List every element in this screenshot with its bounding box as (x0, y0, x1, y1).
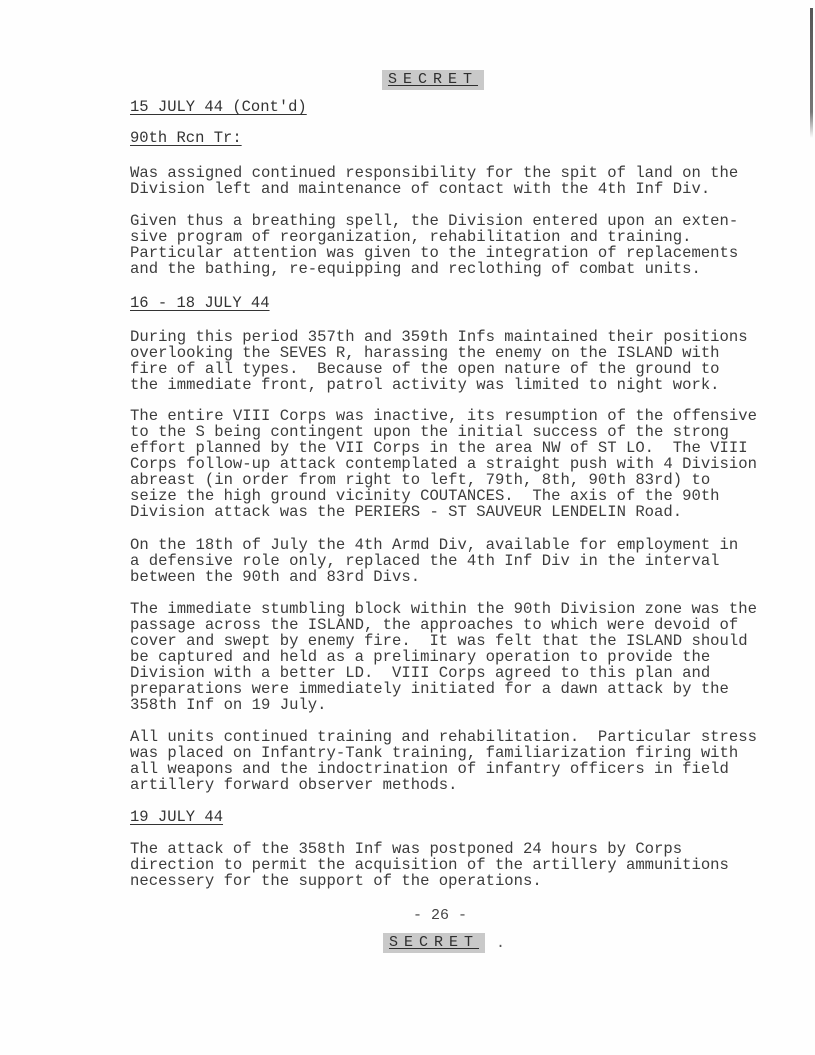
paragraph-attack-postponed: The attack of the 358th Inf was postpone… (130, 841, 780, 889)
section-heading-15-july: 15 JULY 44 (Cont'd) (130, 98, 307, 116)
classification-stamp-top: SECRET (382, 70, 484, 90)
paragraph-stumbling-block: The immediate stumbling block within the… (130, 601, 780, 713)
paragraph-viii-corps-inactive: The entire VIII Corps was inactive, its … (130, 408, 780, 520)
section-heading-19-july: 19 JULY 44 (130, 808, 223, 826)
subheading-90th-rcn-tr: 90th Rcn Tr: (130, 129, 242, 147)
paragraph-357th-359th-positions: During this period 357th and 359th Infs … (130, 329, 780, 393)
document-page: SECRET 15 JULY 44 (Cont'd) 90th Rcn Tr: … (0, 0, 815, 1055)
stamp-period-mark: . (496, 935, 505, 952)
paragraph-training-rehabilitation: All units continued training and rehabil… (130, 729, 780, 793)
page-number: - 26 - (413, 907, 467, 924)
paragraph-4th-armd-div: On the 18th of July the 4th Armd Div, av… (130, 537, 780, 585)
paragraph-rcn-responsibility: Was assigned continued responsibility fo… (130, 165, 780, 197)
classification-stamp-bottom: SECRET (383, 933, 485, 953)
paragraph-breathing-spell: Given thus a breathing spell, the Divisi… (130, 213, 780, 277)
section-heading-16-18-july: 16 - 18 JULY 44 (130, 294, 270, 312)
scan-edge-mark (810, 8, 813, 138)
